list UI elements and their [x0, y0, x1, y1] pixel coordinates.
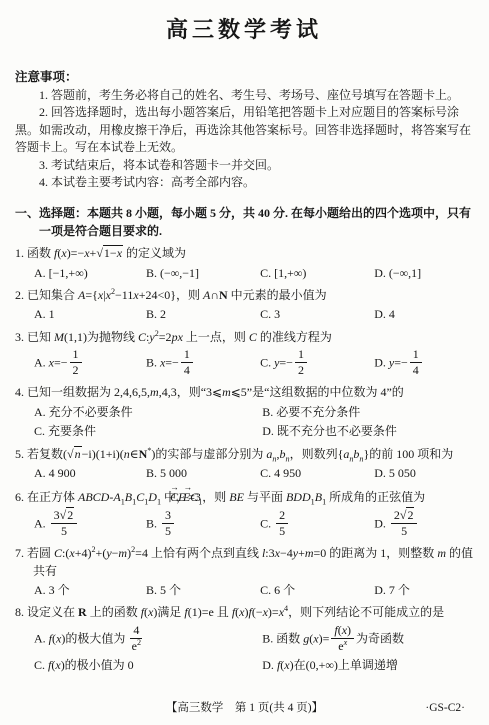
- footer-code: ·GS-C2·: [425, 700, 465, 717]
- question-6: 6. 在正方体 ABCD-A1B1C1D1 中，CE=3EC1，则 BE 与平面…: [15, 487, 473, 540]
- question-3-option-b: B. x=−14: [146, 348, 260, 379]
- question-6-option-a: A. 3√25: [34, 509, 146, 540]
- footer-page-info: 【高三数学 第 1 页(共 4 页)】: [166, 702, 323, 714]
- question-1-stem: 1. 函数 f(x)=−x+√1−x 的定义域为: [15, 245, 473, 262]
- question-4-stem: 4. 已知一组数据为 2,4,6,5,m,4,3，则“3⩽m⩽5”是“这组数据的…: [15, 384, 473, 401]
- question-8-option-c: C. f(x)的极小值为 0: [34, 657, 262, 674]
- page-title: 高三数学考试: [15, 14, 473, 46]
- question-4-option-b: B. 必要不充分条件: [262, 404, 473, 421]
- question-7-option-b: B. 5 个: [146, 582, 260, 599]
- notice-section: 注意事项： 1. 答题前，考生务必将自己的姓名、考生号、考场号、座位号填写在答题…: [15, 68, 473, 191]
- notice-item-3: 3. 考试结束后，将本试卷和答题卡一并交回。: [15, 157, 473, 174]
- question-8-option-a: A. f(x)的极大值为 4e2: [34, 624, 262, 655]
- question-6-option-b: B. 35: [146, 509, 260, 540]
- question-1-option-a: A. [−1,+∞): [34, 265, 146, 282]
- question-3-option-a: A. x=−12: [34, 348, 146, 379]
- question-1-options: A. [−1,+∞) B. (−∞,−1] C. [1,+∞) D. (−∞,1…: [34, 265, 473, 282]
- question-8: 8. 设定义在 R 上的函数 f(x)满足 f(1)=e 且 f(x)f(−x)…: [15, 604, 473, 674]
- section-heading: 一、选择题：本题共 8 小题，每小题 5 分，共 40 分. 在每小题给出的四个…: [15, 205, 473, 240]
- question-6-option-c: C. 25: [260, 509, 374, 540]
- question-5-options: A. 4 900 B. 5 000 C. 4 950 D. 5 050: [34, 465, 473, 482]
- notice-heading: 注意事项：: [15, 68, 473, 86]
- question-7-option-a: A. 3 个: [34, 582, 146, 599]
- question-8-options: A. f(x)的极大值为 4e2 B. 函数 g(x)=f(x)ex为奇函数 C…: [34, 624, 473, 675]
- question-7-option-d: D. 7 个: [374, 582, 473, 599]
- question-3: 3. 已知 M(1,1)为抛物线 C:y2=2px 上一点，则 C 的准线方程为…: [15, 329, 473, 380]
- notice-item-1: 1. 答题前，考生务必将自己的姓名、考生号、考场号、座位号填写在答题卡上。: [15, 87, 473, 104]
- question-6-options: A. 3√25 B. 35 C. 25 D. 2√25: [34, 509, 473, 540]
- question-7-options: A. 3 个 B. 5 个 C. 6 个 D. 7 个: [34, 582, 473, 599]
- question-3-options: A. x=−12 B. x=−14 C. y=−12 D. y=−14: [34, 348, 473, 379]
- question-8-option-d: D. f(x)在(0,+∞)上单调递增: [262, 657, 473, 674]
- exam-page: 高三数学考试 注意事项： 1. 答题前，考生务必将自己的姓名、考生号、考场号、座…: [0, 0, 489, 725]
- question-1: 1. 函数 f(x)=−x+√1−x 的定义域为 A. [−1,+∞) B. (…: [15, 245, 473, 282]
- question-7-stem: 7. 若圆 C:(x+4)2+(y−m)2=4 上恰有两个点到直线 l:3x−4…: [15, 545, 473, 580]
- question-4: 4. 已知一组数据为 2,4,6,5,m,4,3，则“3⩽m⩽5”是“这组数据的…: [15, 384, 473, 440]
- question-8-option-b: B. 函数 g(x)=f(x)ex为奇函数: [262, 624, 473, 655]
- question-2-options: A. 1 B. 2 C. 3 D. 4: [34, 306, 473, 323]
- question-7: 7. 若圆 C:(x+4)2+(y−m)2=4 上恰有两个点到直线 l:3x−4…: [15, 545, 473, 599]
- question-4-option-c: C. 充要条件: [34, 423, 262, 440]
- question-3-stem: 3. 已知 M(1,1)为抛物线 C:y2=2px 上一点，则 C 的准线方程为: [15, 329, 473, 346]
- question-3-option-c: C. y=−12: [260, 348, 374, 379]
- question-2-option-a: A. 1: [34, 306, 146, 323]
- question-6-stem: 6. 在正方体 ABCD-A1B1C1D1 中，CE=3EC1，则 BE 与平面…: [15, 487, 473, 506]
- question-2: 2. 已知集合 A={x|x2−11x+24<0}，则 A∩N 中元素的最小值为…: [15, 287, 473, 324]
- question-5-option-d: D. 5 050: [374, 465, 473, 482]
- question-4-option-a: A. 充分不必要条件: [34, 404, 262, 421]
- question-3-option-d: D. y=−14: [374, 348, 473, 379]
- question-5-option-a: A. 4 900: [34, 465, 146, 482]
- question-5: 5. 若复数(√n−i)(1+i)(n∈N*)的实部与虚部分别为 an,bn，则…: [15, 446, 473, 483]
- notice-item-2: 2. 回答选择题时，选出每小题答案后，用铅笔把答题卡上对应题目的答案标号涂黑。如…: [15, 104, 473, 156]
- question-1-option-b: B. (−∞,−1]: [146, 265, 260, 282]
- question-4-options: A. 充分不必要条件 B. 必要不充分条件 C. 充要条件 D. 既不充分也不必…: [34, 404, 473, 441]
- question-5-option-b: B. 5 000: [146, 465, 260, 482]
- question-4-option-d: D. 既不充分也不必要条件: [262, 423, 473, 440]
- page-footer: 【高三数学 第 1 页(共 4 页)】 ·GS-C2·: [0, 700, 489, 717]
- question-5-option-c: C. 4 950: [260, 465, 374, 482]
- question-2-option-b: B. 2: [146, 306, 260, 323]
- question-6-option-d: D. 2√25: [374, 509, 473, 540]
- question-1-option-d: D. (−∞,1]: [374, 265, 473, 282]
- question-2-stem: 2. 已知集合 A={x|x2−11x+24<0}，则 A∩N 中元素的最小值为: [15, 287, 473, 304]
- question-2-option-d: D. 4: [374, 306, 473, 323]
- question-7-option-c: C. 6 个: [260, 582, 374, 599]
- question-1-option-c: C. [1,+∞): [260, 265, 374, 282]
- notice-item-4: 4. 本试卷主要考试内容：高考全部内容。: [15, 174, 473, 191]
- question-5-stem: 5. 若复数(√n−i)(1+i)(n∈N*)的实部与虚部分别为 an,bn，则…: [15, 446, 473, 463]
- question-2-option-c: C. 3: [260, 306, 374, 323]
- question-8-stem: 8. 设定义在 R 上的函数 f(x)满足 f(1)=e 且 f(x)f(−x)…: [15, 604, 473, 621]
